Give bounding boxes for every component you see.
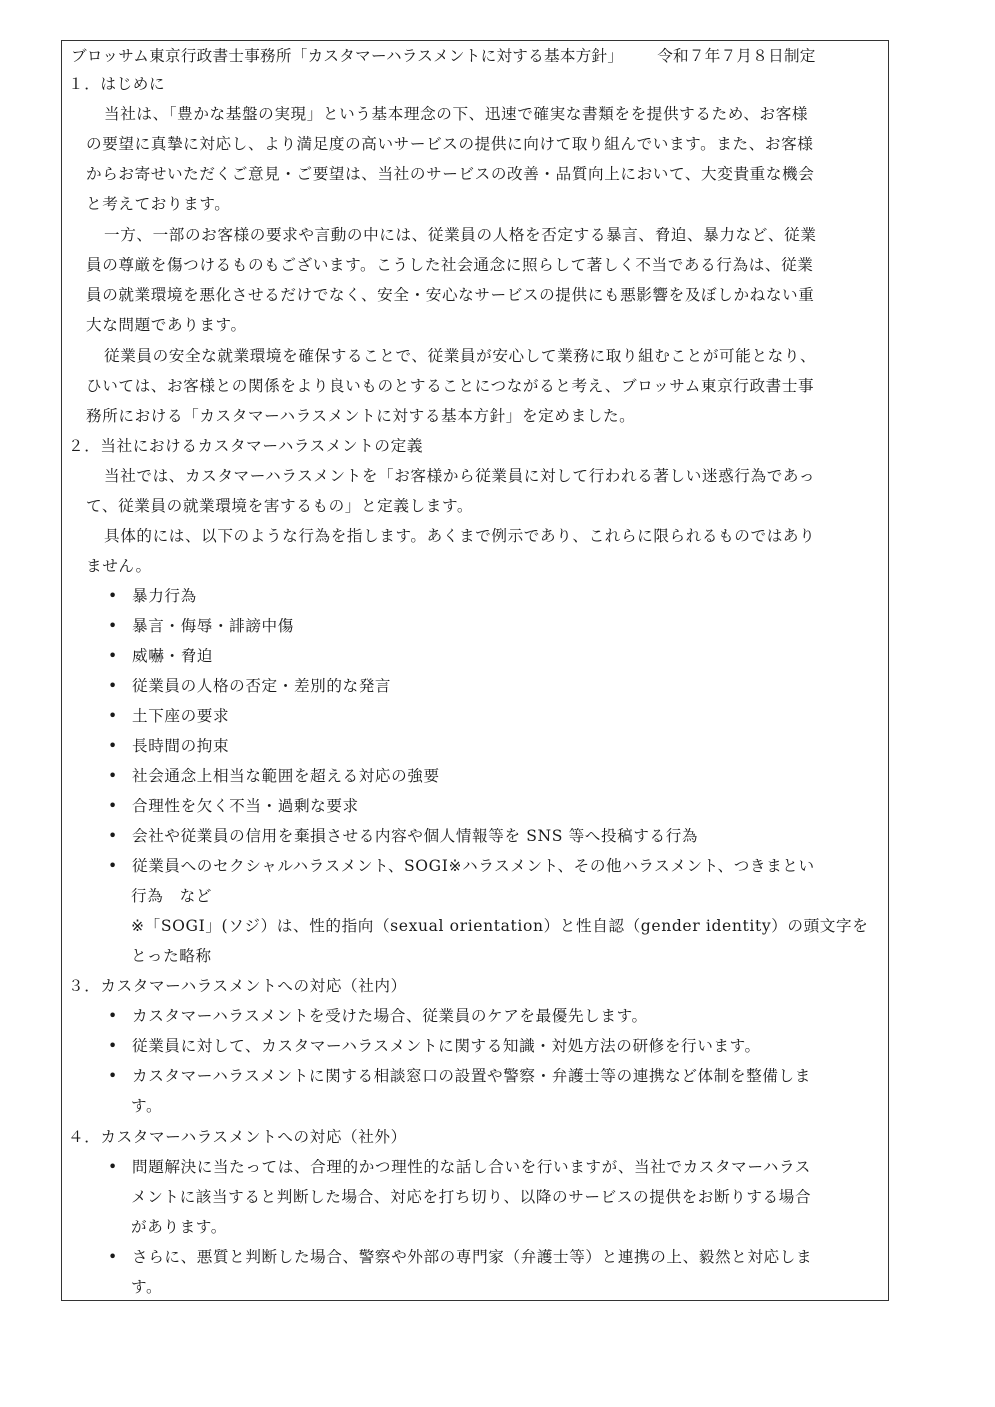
bullet-icon: • — [108, 821, 132, 851]
list-item: •さらに、悪質と判断した場合、警察や外部の専門家（弁護士等）と連携の上、毅然と対… — [108, 1242, 812, 1272]
document-header: ブロッサム東京行政書士事務所「カスタマーハラスメントに対する基本方針」令和７年７… — [71, 41, 816, 71]
bullet-icon: • — [108, 1152, 132, 1182]
paragraph-line: 具体的には、以下のような行為を指します。あくまで例示であり、これらに限られるもの… — [104, 521, 815, 551]
list-item-continuation: 行為 など — [131, 881, 212, 911]
list-item: •会社や従業員の信用を棄損させる内容や個人情報等を SNS 等へ投稿する行為 — [108, 821, 698, 851]
paragraph-line: 従業員の安全な就業環境を確保することで、従業員が安心して業務に取り組むことが可能… — [104, 341, 816, 371]
paragraph-line: 一方、一部のお客様の要求や言動の中には、従業員の人格を否定する暴言、脅迫、暴力な… — [104, 220, 817, 250]
bullet-icon: • — [108, 851, 132, 881]
list-item: •合理性を欠く不当・過剰な要求 — [108, 791, 359, 821]
paragraph-line: からお寄せいただくご意見・ご要望は、当社のサービスの改善・品質向上において、大変… — [86, 159, 814, 189]
list-item: •威嚇・脅迫 — [108, 641, 213, 671]
footnote-line: とった略称 — [131, 941, 212, 971]
paragraph-line: と考えております。 — [86, 189, 231, 219]
list-item: •暴言・侮辱・誹謗中傷 — [108, 611, 294, 641]
policy-document-frame: ブロッサム東京行政書士事務所「カスタマーハラスメントに対する基本方針」令和７年７… — [61, 40, 889, 1301]
bullet-icon: • — [108, 671, 132, 701]
list-item: •カスタマーハラスメントを受けた場合、従業員のケアを最優先します。 — [108, 1001, 648, 1031]
section-1-heading: １．はじめに — [68, 69, 165, 99]
bullet-icon: • — [108, 611, 132, 641]
list-item-continuation: があります。 — [131, 1212, 227, 1242]
bullet-icon: • — [108, 1061, 132, 1091]
paragraph-line: ません。 — [86, 551, 152, 581]
paragraph-line: 当社では、カスタマーハラスメントを「お客様から従業員に対して行われる著しい迷惑行… — [104, 461, 815, 491]
list-item: •長時間の拘束 — [108, 731, 229, 761]
list-item-continuation: す。 — [131, 1091, 162, 1121]
list-item: •土下座の要求 — [108, 701, 229, 731]
list-item: •従業員に対して、カスタマーハラスメントに関する知識・対処方法の研修を行います。 — [108, 1031, 761, 1061]
bullet-icon: • — [108, 1001, 132, 1031]
paragraph-line: て、従業員の就業環境を害するもの」と定義します。 — [86, 491, 473, 521]
footnote-line: ※「SOGI」(ソジ）は、性的指向（sexual orientation）と性自… — [131, 911, 868, 941]
paragraph-line: 大な問題であります。 — [86, 310, 247, 340]
bullet-icon: • — [108, 731, 132, 761]
bullet-icon: • — [108, 641, 132, 671]
paragraph-line: 員の就業環境を悪化させるだけでなく、安全・安心なサービスの提供にも悪影響を及ぼし… — [86, 280, 814, 310]
bullet-icon: • — [108, 701, 132, 731]
document-title: ブロッサム東京行政書士事務所「カスタマーハラスメントに対する基本方針」 — [71, 47, 623, 65]
paragraph-line: ひいては、お客様との関係をより良いものとすることにつながると考え、ブロッサム東京… — [86, 371, 814, 401]
paragraph-line: の要望に真摯に対応し、より満足度の高いサービスの提供に向けて取り組んでいます。ま… — [86, 129, 813, 159]
bullet-icon: • — [108, 581, 132, 611]
section-4-heading: ４．カスタマーハラスメントへの対応（社外） — [68, 1122, 407, 1152]
list-item-continuation: す。 — [131, 1272, 162, 1302]
paragraph-line: 員の尊厳を傷つけるものもございます。こうした社会通念に照らして著しく不当である行… — [86, 250, 813, 280]
list-item: •カスタマーハラスメントに関する相談窓口の設置や警察・弁護士等の連携など体制を整… — [108, 1061, 811, 1091]
paragraph-line: 当社は、「豊かな基盤の実現」という基本理念の下、迅速で確実な書類をを提供するため… — [104, 99, 808, 129]
list-item-continuation: メントに該当すると判断した場合、対応を打ち切り、以降のサービスの提供をお断りする… — [131, 1182, 811, 1212]
enactment-date: 令和７年７月８日制定 — [657, 47, 815, 65]
section-2-heading: ２．当社におけるカスタマーハラスメントの定義 — [68, 431, 423, 461]
list-item: •暴力行為 — [108, 581, 197, 611]
list-item: •問題解決に当たっては、合理的かつ理性的な話し合いを行いますが、当社でカスタマー… — [108, 1152, 811, 1182]
bullet-icon: • — [108, 1242, 132, 1272]
bullet-icon: • — [108, 761, 132, 791]
list-item: •従業員の人格の否定・差別的な発言 — [108, 671, 391, 701]
bullet-icon: • — [108, 791, 132, 821]
list-item: •従業員へのセクシャルハラスメント、SOGI※ハラスメント、その他ハラスメント、… — [108, 851, 815, 881]
section-3-heading: ３．カスタマーハラスメントへの対応（社内） — [68, 971, 407, 1001]
list-item: •社会通念上相当な範囲を超える対応の強要 — [108, 761, 440, 791]
paragraph-line: 務所における「カスタマーハラスメントに対する基本方針」を定めました。 — [86, 401, 635, 431]
bullet-icon: • — [108, 1031, 132, 1061]
